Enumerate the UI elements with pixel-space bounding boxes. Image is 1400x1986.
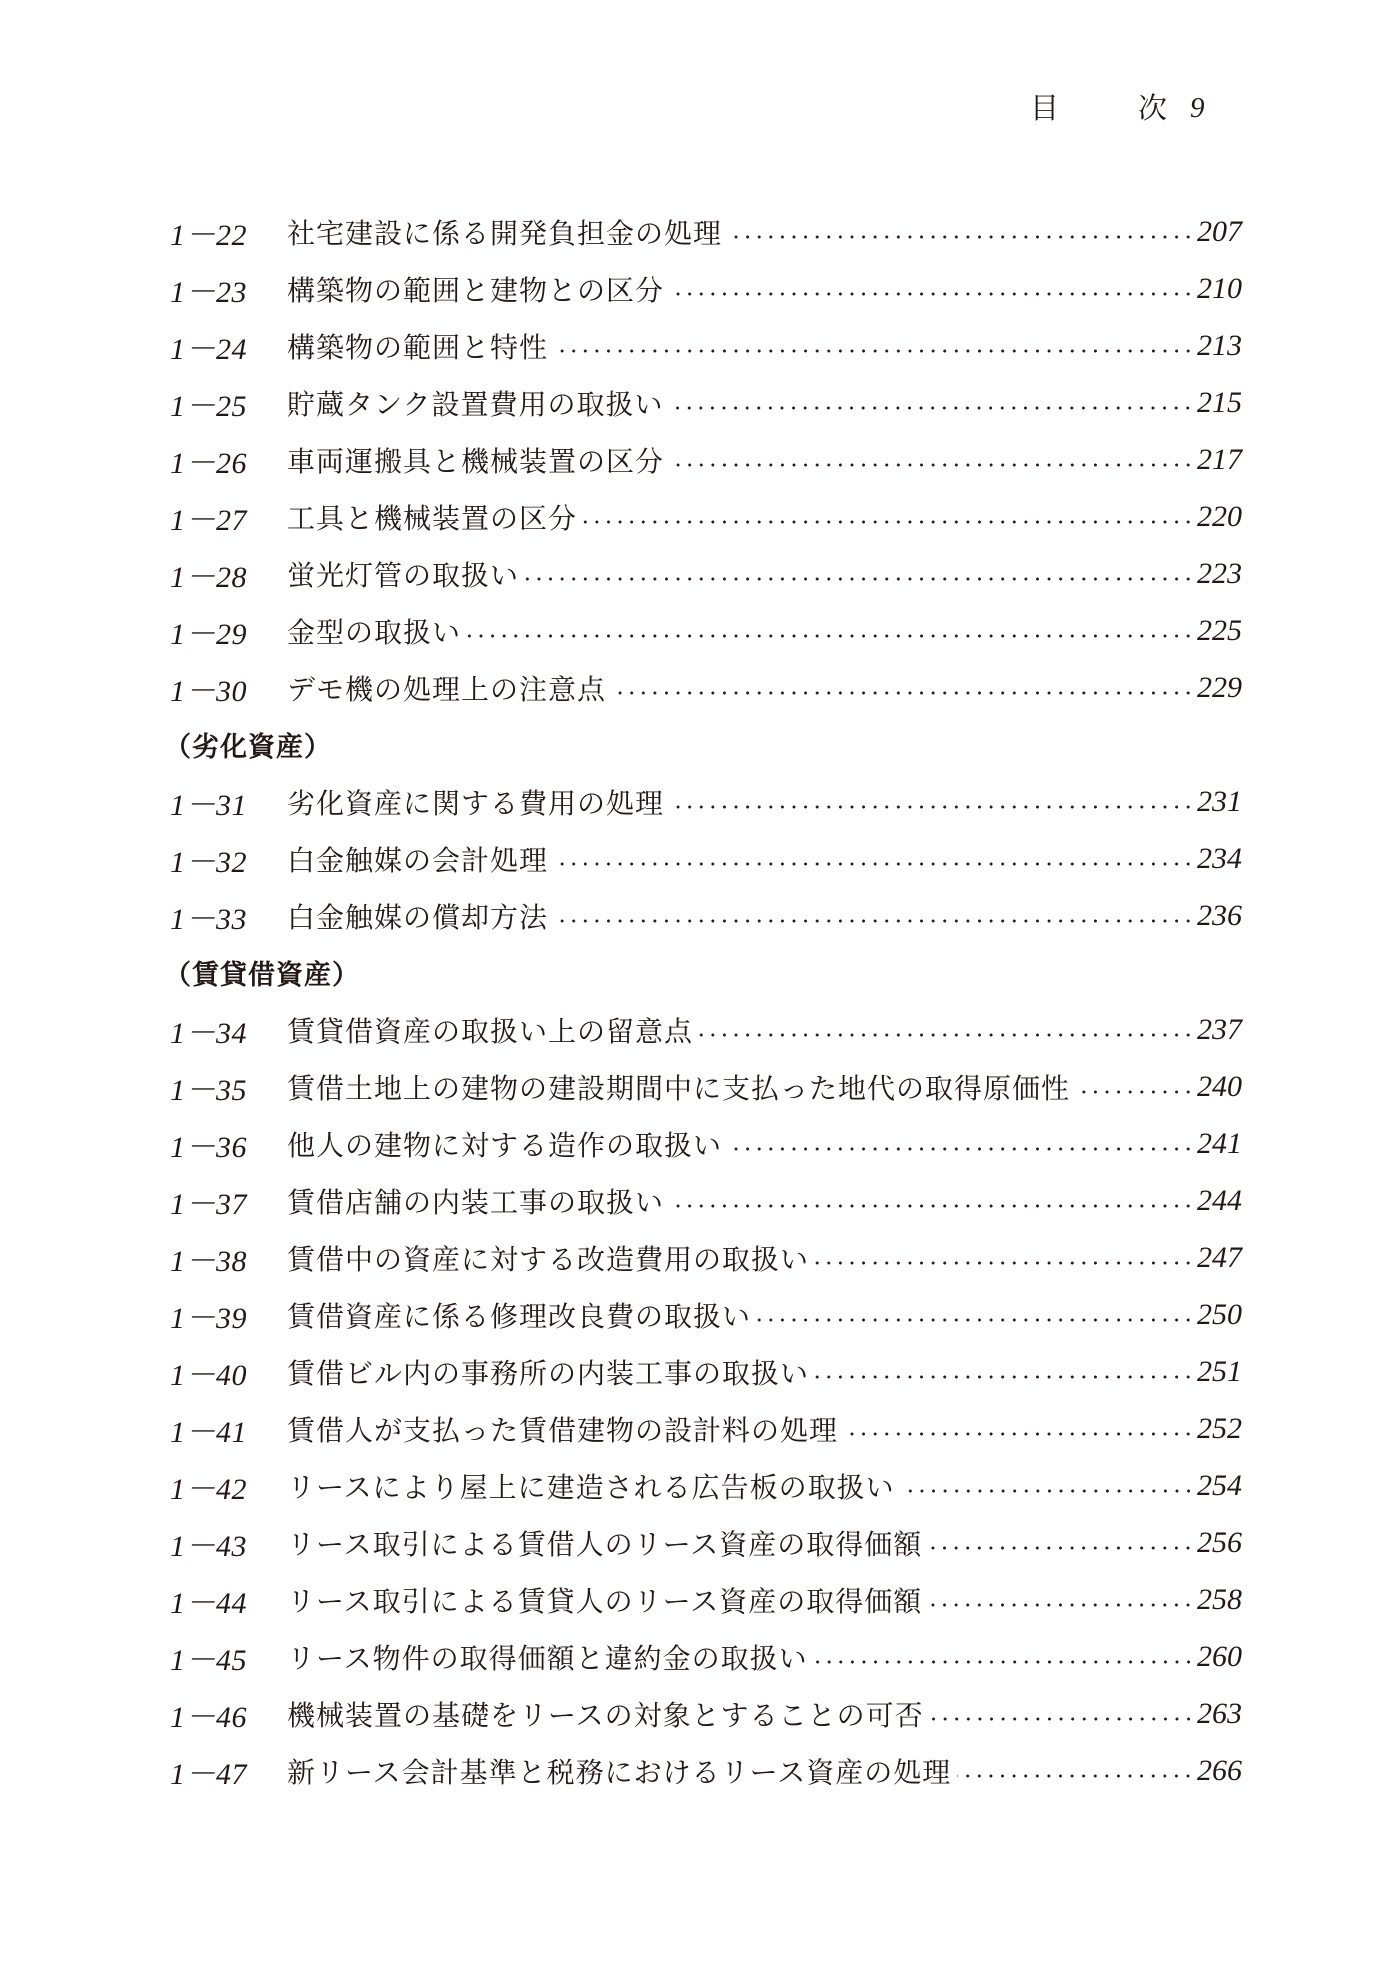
- dot-leader: [815, 1375, 1194, 1379]
- toc-entry-page: 215: [1196, 386, 1242, 420]
- dot-leader: [670, 1204, 1194, 1208]
- toc-entry-number: 1－42: [170, 1464, 287, 1508]
- toc-entry-number: 1－44: [170, 1578, 287, 1622]
- toc-entry[interactable]: 1－47 新リース会計基準と税務におけるリース資産の処理 266: [170, 1742, 1242, 1799]
- dot-leader: [669, 406, 1194, 410]
- dot-leader: [930, 1717, 1194, 1721]
- running-head: 目 次 9: [1030, 88, 1250, 128]
- toc-entry-number: 1－43: [170, 1521, 287, 1565]
- toc-entry[interactable]: 1－36 他人の建物に対する造作の取扱い 241: [170, 1115, 1242, 1172]
- toc-entry[interactable]: 1－28 蛍光灯管の取扱い 223: [170, 545, 1242, 602]
- toc-entry[interactable]: 1－38 賃借中の資産に対する改造費用の取扱い 247: [170, 1229, 1242, 1286]
- toc-entry-page: 229: [1196, 671, 1242, 705]
- toc-entry[interactable]: 1－34 賃貸借資産の取扱い上の留意点 237: [170, 1001, 1242, 1058]
- dot-leader: [728, 1147, 1194, 1151]
- dot-leader: [525, 577, 1194, 581]
- toc-entry-page: 254: [1196, 1469, 1242, 1503]
- toc-entry-page: 240: [1196, 1070, 1242, 1104]
- toc-entry-title: リースにより屋上に建造される広告板の取扱い: [287, 1466, 895, 1506]
- toc-entry-page: 258: [1196, 1583, 1242, 1617]
- toc-entry-number: 1－26: [170, 438, 287, 482]
- toc-entry[interactable]: 1－43 リース取引による賃借人のリース資産の取得価額 256: [170, 1514, 1242, 1571]
- toc-entry-title: 賃借ビル内の事務所の内装工事の取扱い: [287, 1352, 809, 1392]
- toc-entry-number: 1－29: [170, 609, 287, 653]
- toc-entry-page: 252: [1196, 1412, 1242, 1446]
- toc-entry[interactable]: 1－23 構築物の範囲と建物との区分 210: [170, 260, 1242, 317]
- toc-entry[interactable]: 1－37 賃借店舗の内装工事の取扱い 244: [170, 1172, 1242, 1229]
- toc-entry-page: 217: [1196, 443, 1242, 477]
- toc-entry-page: 266: [1196, 1754, 1242, 1788]
- toc-entry-title: 工具と機械装置の区分: [287, 497, 577, 537]
- toc-entry[interactable]: 1－25 貯蔵タンク設置費用の取扱い 215: [170, 374, 1242, 431]
- toc-entry[interactable]: 1－26 車両運搬具と機械装置の区分 217: [170, 431, 1242, 488]
- toc-entry-number: 1－36: [170, 1122, 287, 1166]
- toc-entry[interactable]: 1－41 賃借人が支払った賃借建物の設計料の処理 252: [170, 1400, 1242, 1457]
- section-heading-deteriorating-assets: （劣化資産）: [164, 716, 1242, 773]
- toc-entry[interactable]: 1－33 白金触媒の償却方法 236: [170, 887, 1242, 944]
- toc-entry-title: リース物件の取得価額と違約金の取扱い: [287, 1637, 808, 1677]
- toc-entry-page: 256: [1196, 1526, 1242, 1560]
- toc-entry-title: 貯蔵タンク設置費用の取扱い: [287, 383, 663, 423]
- dot-leader: [844, 1432, 1194, 1436]
- dot-leader: [928, 1603, 1194, 1607]
- toc-entry-title: 賃貸借資産の取扱い上の留意点: [287, 1010, 693, 1050]
- toc-entry[interactable]: 1－30 デモ機の処理上の注意点 229: [170, 659, 1242, 716]
- toc-entry-page: 223: [1196, 557, 1242, 591]
- toc-entry-title: 社宅建設に係る開発負担金の処理: [287, 212, 722, 252]
- toc-entry-title: 機械装置の基礎をリースの対象とすることの可否: [287, 1694, 924, 1734]
- toc-entry-page: 210: [1196, 272, 1242, 306]
- toc-entry-page: 237: [1196, 1013, 1242, 1047]
- toc-entry-number: 1－32: [170, 837, 287, 881]
- toc-entry-number: 1－47: [170, 1749, 287, 1793]
- running-head-label-tsugi: 次: [1138, 88, 1167, 128]
- dot-leader: [928, 1546, 1194, 1550]
- toc-entry-page: 247: [1196, 1241, 1242, 1275]
- dot-leader: [670, 463, 1194, 467]
- dot-leader: [757, 1318, 1194, 1322]
- toc-entry-title: 賃借店舗の内装工事の取扱い: [287, 1181, 664, 1221]
- dot-leader: [467, 634, 1194, 638]
- page-number: 9: [1190, 88, 1205, 128]
- toc-entry-number: 1－41: [170, 1407, 287, 1451]
- toc-entry-number: 1－46: [170, 1692, 287, 1736]
- toc-entry[interactable]: 1－24 構築物の範囲と特性 213: [170, 317, 1242, 374]
- dot-leader: [612, 691, 1194, 695]
- toc-entry-page: 207: [1196, 215, 1242, 249]
- toc-entry-number: 1－28: [170, 552, 287, 596]
- toc-entry[interactable]: 1－45 リース物件の取得価額と違約金の取扱い 260: [170, 1628, 1242, 1685]
- dot-leader: [957, 1774, 1194, 1778]
- toc-entry-number: 1－39: [170, 1293, 287, 1337]
- dot-leader: [554, 919, 1194, 923]
- section-heading-leased-assets: （賃貸借資産）: [164, 944, 1242, 1001]
- toc-entry-title: 他人の建物に対する造作の取扱い: [287, 1124, 722, 1164]
- running-head-label-moku: 目: [1030, 88, 1059, 128]
- toc-entry-page: 236: [1196, 899, 1242, 933]
- toc-entry-page: 263: [1196, 1697, 1242, 1731]
- toc-entry-title: リース取引による賃借人のリース資産の取得価額: [287, 1523, 922, 1563]
- toc-entry-title: 賃借人が支払った賃借建物の設計料の処理: [287, 1409, 838, 1449]
- toc-entry-page: 241: [1196, 1127, 1242, 1161]
- dot-leader: [670, 292, 1194, 296]
- toc-entry-number: 1－37: [170, 1179, 287, 1223]
- toc-entry-number: 1－35: [170, 1065, 287, 1109]
- toc-entry-title: 賃借資産に係る修理改良費の取扱い: [287, 1295, 751, 1335]
- toc-entry-number: 1－31: [170, 780, 287, 824]
- toc-entry-title: リース取引による賃貸人のリース資産の取得価額: [287, 1580, 922, 1620]
- toc-entry-title: 車両運搬具と機械装置の区分: [287, 440, 664, 480]
- toc-entry[interactable]: 1－35 賃借土地上の建物の建設期間中に支払った地代の取得原価性 240: [170, 1058, 1242, 1115]
- dot-leader: [901, 1489, 1194, 1493]
- table-of-contents: 1－22 社宅建設に係る開発負担金の処理 207 1－23 構築物の範囲と建物と…: [170, 203, 1242, 1799]
- dot-leader: [670, 805, 1194, 809]
- toc-entry[interactable]: 1－31 劣化資産に関する費用の処理 231: [170, 773, 1242, 830]
- toc-entry-number: 1－40: [170, 1350, 287, 1394]
- toc-entry-number: 1－22: [170, 210, 287, 254]
- dot-leader: [583, 520, 1194, 524]
- toc-entry-page: 231: [1196, 785, 1242, 819]
- dot-leader: [554, 862, 1194, 866]
- dot-leader: [814, 1660, 1194, 1664]
- toc-entry-number: 1－30: [170, 666, 287, 710]
- toc-entry-title: 新リース会計基準と税務におけるリース資産の処理: [287, 1751, 951, 1791]
- toc-entry-page: 250: [1196, 1298, 1242, 1332]
- toc-entry-title: 蛍光灯管の取扱い: [287, 554, 519, 594]
- toc-entry-page: 251: [1196, 1355, 1242, 1389]
- toc-entry-page: 260: [1196, 1640, 1242, 1674]
- toc-entry[interactable]: 1－32 白金触媒の会計処理 234: [170, 830, 1242, 887]
- toc-entry-page: 225: [1196, 614, 1242, 648]
- dot-leader: [554, 349, 1194, 353]
- toc-entry-title: 劣化資産に関する費用の処理: [287, 782, 664, 822]
- toc-entry[interactable]: 1－27 工具と機械装置の区分 220: [170, 488, 1242, 545]
- toc-entry-title: 白金触媒の償却方法: [287, 896, 548, 936]
- toc-entry-title: 構築物の範囲と特性: [287, 326, 548, 366]
- toc-entry-number: 1－25: [170, 381, 287, 425]
- dot-leader: [728, 235, 1194, 239]
- toc-entry-page: 213: [1196, 329, 1242, 363]
- toc-entry-title: 賃借中の資産に対する改造費用の取扱い: [287, 1238, 809, 1278]
- toc-entry-page: 234: [1196, 842, 1242, 876]
- toc-entry-number: 1－45: [170, 1635, 287, 1679]
- toc-entry[interactable]: 1－40 賃借ビル内の事務所の内装工事の取扱い 251: [170, 1343, 1242, 1400]
- toc-entry-title: 白金触媒の会計処理: [287, 839, 548, 879]
- toc-entry[interactable]: 1－39 賃借資産に係る修理改良費の取扱い 250: [170, 1286, 1242, 1343]
- toc-entry-title: デモ機の処理上の注意点: [287, 668, 606, 708]
- dot-leader: [1076, 1090, 1194, 1094]
- toc-entry-number: 1－34: [170, 1008, 287, 1052]
- toc-entry[interactable]: 1－44 リース取引による賃貸人のリース資産の取得価額 258: [170, 1571, 1242, 1628]
- dot-leader: [815, 1261, 1194, 1265]
- toc-entry-number: 1－24: [170, 324, 287, 368]
- toc-entry[interactable]: 1－46 機械装置の基礎をリースの対象とすることの可否 263: [170, 1685, 1242, 1742]
- toc-entry-title: 金型の取扱い: [287, 611, 461, 651]
- dot-leader: [699, 1033, 1194, 1037]
- toc-entry-page: 220: [1196, 500, 1242, 534]
- toc-entry-number: 1－38: [170, 1236, 287, 1280]
- toc-entry[interactable]: 1－22 社宅建設に係る開発負担金の処理 207: [170, 203, 1242, 260]
- toc-entry-page: 244: [1196, 1184, 1242, 1218]
- toc-entry-title: 構築物の範囲と建物との区分: [287, 269, 664, 309]
- toc-entry-number: 1－33: [170, 894, 287, 938]
- toc-entry[interactable]: 1－29 金型の取扱い 225: [170, 602, 1242, 659]
- toc-entry-number: 1－23: [170, 267, 287, 311]
- toc-entry[interactable]: 1－42 リースにより屋上に建造される広告板の取扱い 254: [170, 1457, 1242, 1514]
- toc-entry-number: 1－27: [170, 495, 287, 539]
- toc-entry-title: 賃借土地上の建物の建設期間中に支払った地代の取得原価性: [287, 1067, 1070, 1107]
